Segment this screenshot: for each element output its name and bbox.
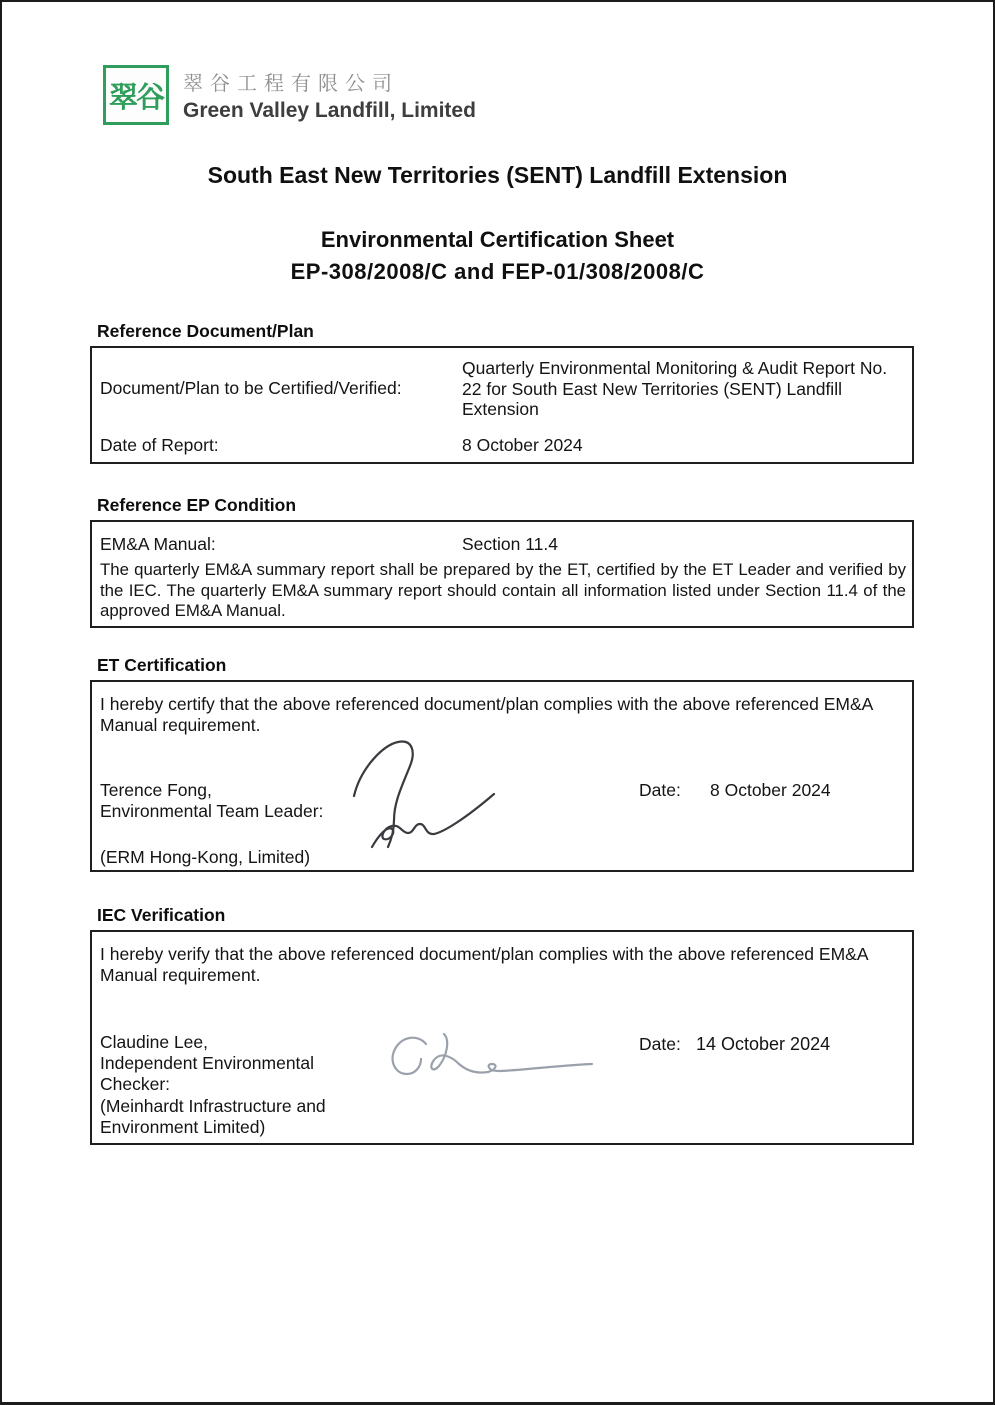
green-valley-logo-icon: 翠谷: [103, 65, 169, 125]
section-heading-reference-document: Reference Document/Plan: [97, 321, 314, 342]
project-title: South East New Territories (SENT) Landfi…: [2, 162, 993, 189]
iec-date-label: Date:: [639, 1034, 681, 1055]
section-heading-iec-verification: IEC Verification: [97, 905, 225, 926]
certification-sheet-page: 翠谷 翠谷工程有限公司 Green Valley Landfill, Limit…: [0, 0, 995, 1405]
ep-condition-note: The quarterly EM&A summary report shall …: [100, 560, 906, 622]
document-plan-label: Document/Plan to be Certified/Verified:: [100, 378, 402, 399]
iec-signatory-title: Independent Environmental Checker:: [100, 1053, 345, 1094]
iec-verification-statement: I hereby verify that the above reference…: [100, 944, 902, 986]
company-name-english: Green Valley Landfill, Limited: [183, 99, 476, 123]
document-plan-value: Quarterly Environmental Monitoring & Aud…: [462, 358, 898, 420]
iec-verification-box: I hereby verify that the above reference…: [90, 930, 914, 1145]
et-certification-box: I hereby certify that the above referenc…: [90, 680, 914, 872]
iec-company: (Meinhardt Infrastructure and Environmen…: [100, 1096, 362, 1137]
company-logo: 翠谷 翠谷工程有限公司 Green Valley Landfill, Limit…: [103, 65, 476, 125]
et-company: (ERM Hong-Kong, Limited): [100, 847, 310, 868]
et-signatory-name: Terence Fong,: [100, 780, 212, 801]
company-name-block: 翠谷工程有限公司 Green Valley Landfill, Limited: [183, 67, 476, 123]
sheet-title: Environmental Certification Sheet: [2, 227, 993, 253]
section-heading-reference-ep-condition: Reference EP Condition: [97, 495, 296, 516]
ema-manual-label: EM&A Manual:: [100, 534, 216, 555]
date-of-report-value: 8 October 2024: [462, 435, 583, 456]
claudine-lee-signature-icon: [384, 1028, 599, 1090]
logo-glyph: 翠谷: [109, 75, 163, 116]
terence-fong-signature-icon: [340, 734, 500, 852]
et-signatory-title: Environmental Team Leader:: [100, 801, 323, 822]
iec-signatory-name: Claudine Lee,: [100, 1032, 208, 1053]
et-certification-statement: I hereby certify that the above referenc…: [100, 694, 902, 736]
date-of-report-label: Date of Report:: [100, 435, 219, 456]
et-date-value: 8 October 2024: [710, 780, 831, 801]
section-heading-et-certification: ET Certification: [97, 655, 226, 676]
company-name-chinese: 翠谷工程有限公司: [183, 67, 476, 96]
iec-date-value: 14 October 2024: [696, 1034, 830, 1055]
permit-numbers: EP-308/2008/C and FEP-01/308/2008/C: [2, 259, 993, 285]
reference-document-box: Document/Plan to be Certified/Verified: …: [90, 346, 914, 464]
ema-manual-value: Section 11.4: [462, 534, 558, 555]
et-date-label: Date:: [639, 780, 681, 801]
reference-ep-condition-box: EM&A Manual: Section 11.4 The quarterly …: [90, 520, 914, 628]
